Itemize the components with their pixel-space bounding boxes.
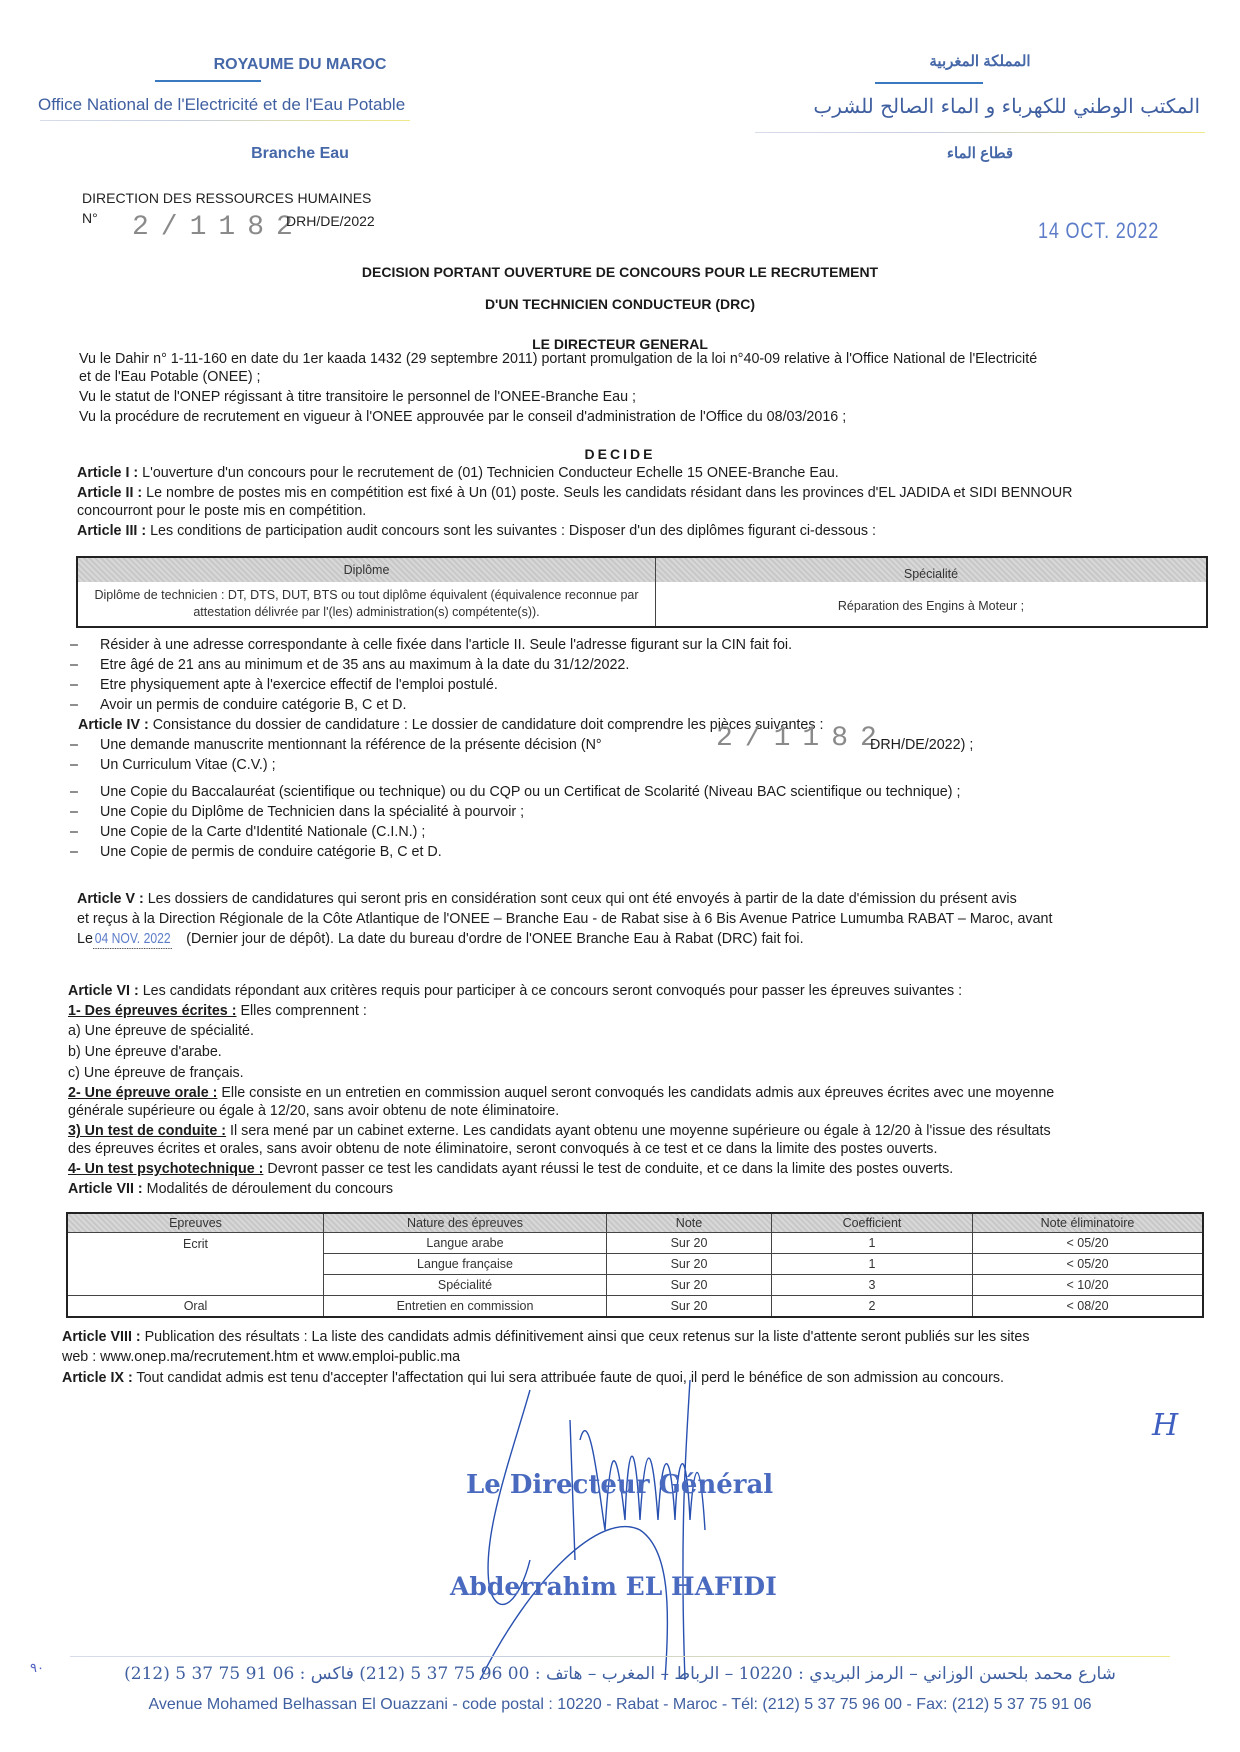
eliminatory-cell: < 05/20 (973, 1254, 1204, 1275)
article-text: Les conditions de participation audit co… (146, 523, 876, 539)
column-header: Spécialité (656, 557, 1208, 582)
article-2-cont: concourront pour le poste mis en compéti… (77, 502, 1227, 520)
header-branch-ar: قطاع الماء (880, 144, 1080, 162)
article-text: (Dernier jour de dépôt). La date du bure… (186, 931, 803, 947)
list-item: –Un Curriculum Vitae (C.V.) ; (70, 756, 1220, 774)
list-item-text: Une Copie du Diplôme de Technicien dans … (100, 804, 524, 820)
article-label: Article VIII : (62, 1329, 141, 1345)
article-label: Article I : (77, 465, 138, 481)
header-country-fr: ROYAUME DU MAROC (150, 56, 450, 74)
article-text: et reçus à la Direction Régionale de la … (77, 910, 1227, 928)
article-3: Article III : Les conditions de particip… (77, 522, 1227, 540)
coefficient-cell: 2 (772, 1296, 973, 1318)
list-item: b) Une épreuve d'arabe. (68, 1043, 1218, 1061)
list-item: –Etre physiquement apte à l'exercice eff… (70, 676, 1220, 694)
article-2: Article II : Le nombre de postes mis en … (77, 484, 1227, 502)
article-text: Les dossiers de candidatures qui seront … (144, 891, 1017, 907)
date-stamp: 14 OCT. 2022 (1038, 218, 1159, 244)
column-header: Epreuves (67, 1213, 324, 1233)
note-cell: Sur 20 (607, 1233, 772, 1254)
column-header: Note éliminatoire (973, 1213, 1204, 1233)
footer-address-fr: Avenue Mohamed Belhassan El Ouazzani - c… (60, 1696, 1180, 1714)
list-item-text: Etre âgé de 21 ans au minimum et de 35 a… (100, 657, 629, 673)
header-country-ar: المملكة المغربية (880, 52, 1080, 70)
header-office-fr: Office National de l'Electricité et de l… (38, 95, 458, 115)
list-item: –Etre âgé de 21 ans au minimum et de 35 … (70, 656, 1220, 674)
footer-address-ar: شارع محمد بلحسن الوزاني – الرمز البريدي … (90, 1664, 1150, 1684)
article-5: Article V : Les dossiers de candidatures… (77, 890, 1227, 949)
list-item: –Une Copie de la Carte d'Identité Nation… (70, 823, 1220, 841)
list-item-text: Un Curriculum Vitae (C.V.) ; (100, 757, 276, 773)
article-label: Article IV : (78, 717, 149, 733)
article-label: Article IX : (62, 1370, 133, 1386)
header-office-ar: المكتب الوطني للكهرباء و الماء الصالح لل… (740, 94, 1200, 118)
initials-mark: H (1152, 1408, 1178, 1443)
articles-8-9: Article VIII : Publication des résultats… (62, 1328, 1222, 1387)
article-label: Article II : (77, 485, 142, 501)
section-label: 2- Une épreuve orale : (68, 1085, 217, 1101)
coefficient-cell: 3 (772, 1275, 973, 1296)
nature-cell: Langue française (324, 1254, 607, 1275)
header-rule-fr (155, 80, 261, 82)
list-item-text: Une Copie du Baccalauréat (scientifique … (100, 784, 960, 800)
table-row: Ecrit Langue arabe Sur 20 1 < 05/20 (67, 1233, 1203, 1254)
table-row: Diplôme de technicien : DT, DTS, DUT, BT… (77, 582, 1207, 627)
signatory-name: Abderrahim EL HAFIDI (450, 1572, 777, 1601)
list-item: a) Une épreuve de spécialité. (68, 1022, 1218, 1040)
decide-heading: DECIDE (0, 446, 1240, 462)
eliminatory-cell: < 10/20 (973, 1275, 1204, 1296)
article-label: Article V : (77, 891, 144, 907)
specialty-cell: Réparation des Engins à Moteur ; (656, 582, 1208, 627)
column-header: Nature des épreuves (324, 1213, 607, 1233)
epreuve-cell: Ecrit (67, 1233, 324, 1296)
article-text: Modalités de déroulement du concours (143, 1181, 393, 1197)
article-text: des épreuves écrites et orales, sans avo… (68, 1140, 1218, 1158)
reference-suffix: DRH/DE/2022) ; (870, 736, 973, 754)
diploma-cell: Diplôme de technicien : DT, DTS, DUT, BT… (77, 582, 656, 627)
list-item: –Une Copie de permis de conduire catégor… (70, 843, 1220, 861)
header-branch-fr: Branche Eau (150, 145, 450, 163)
list-item-text: Une Copie de permis de conduire catégori… (100, 844, 442, 860)
reference-number-label: N° (82, 210, 98, 226)
article-text: Le (77, 931, 93, 947)
preamble-line: Vu le statut de l'ONEP régissant à titre… (79, 388, 1229, 406)
article-text: L'ouverture d'un concours pour le recrut… (138, 465, 839, 481)
eliminatory-cell: < 08/20 (973, 1296, 1204, 1318)
list-item: –Une Copie du Baccalauréat (scientifique… (70, 783, 1220, 801)
margin-mark: ٩٠ (30, 1660, 44, 1676)
article-label: Article VI : (68, 983, 139, 999)
articles-1-3: Article I : L'ouverture d'un concours po… (77, 464, 1227, 540)
preamble: Vu le Dahir n° 1-11-160 en date du 1er k… (79, 350, 1229, 426)
article-text: Devront passer ce test les candidats aya… (263, 1161, 953, 1177)
header-rule-ar (875, 82, 983, 84)
header-divider-fr (40, 120, 410, 121)
preamble-line: et de l'Eau Potable (ONEE) ; (79, 368, 1229, 386)
list-item: –Une Copie du Diplôme de Technicien dans… (70, 803, 1220, 821)
article-label: Article VII : (68, 1181, 143, 1197)
nature-cell: Spécialité (324, 1275, 607, 1296)
section-label: 4- Un test psychotechnique : (68, 1161, 263, 1177)
article-text: Il sera mené par un cabinet externe. Les… (226, 1123, 1051, 1139)
article-text: Les candidats répondant aux critères req… (139, 983, 962, 999)
nature-cell: Langue arabe (324, 1233, 607, 1254)
footer-divider (70, 1656, 1170, 1657)
note-cell: Sur 20 (607, 1296, 772, 1318)
table-header-row: Epreuves Nature des épreuves Note Coeffi… (67, 1213, 1203, 1233)
epreuve-cell: Oral (67, 1296, 324, 1318)
article-text: Elle consiste en un entretien en commiss… (217, 1085, 1054, 1101)
list-item: –Résider à une adresse correspondante à … (70, 636, 1220, 654)
article-4: Article IV : Consistance du dossier de c… (78, 716, 1220, 734)
article-text: générale supérieure ou égale à 12/20, sa… (68, 1102, 1218, 1120)
article-text: Le nombre de postes mis en compétition e… (142, 485, 1072, 501)
article-label: Article III : (77, 523, 146, 539)
preamble-line: Vu la procédure de recrutement en vigueu… (79, 408, 1229, 426)
list-item: –Avoir un permis de conduire catégorie B… (70, 696, 1220, 714)
list-item: –Une demande manuscrite mentionnant la r… (70, 736, 1220, 754)
list-item: c) Une épreuve de français. (68, 1064, 1218, 1082)
list-item-text: Une demande manuscrite mentionnant la ré… (100, 737, 602, 753)
diploma-table: Diplôme Spécialité Diplôme de technicien… (76, 556, 1208, 628)
article-text: Elles comprennent : (236, 1003, 366, 1019)
direction-label: DIRECTION DES RESSOURCES HUMAINES (82, 190, 371, 206)
list-item-text: Une Copie de la Carte d'Identité Nationa… (100, 824, 425, 840)
note-cell: Sur 20 (607, 1275, 772, 1296)
table-row: Oral Entretien en commission Sur 20 2 < … (67, 1296, 1203, 1318)
note-cell: Sur 20 (607, 1254, 772, 1275)
list-item-text: Avoir un permis de conduire catégorie B,… (100, 697, 406, 713)
article-5-deadline-line: Le04 NOV. 2022(Dernier jour de dépôt). L… (77, 930, 1227, 949)
list-item-text: Résider à une adresse correspondante à c… (100, 637, 792, 653)
preamble-line: Vu le Dahir n° 1-11-160 en date du 1er k… (79, 350, 1229, 368)
article-6: Article VI : Les candidats répondant aux… (68, 982, 1218, 1198)
table-header-row: Diplôme Spécialité (77, 557, 1207, 582)
section-label: 3) Un test de conduite : (68, 1123, 226, 1139)
article-1: Article I : L'ouverture d'un concours po… (77, 464, 1227, 482)
coefficient-cell: 1 (772, 1233, 973, 1254)
reference-suffix: DRH/DE/2022 (286, 213, 375, 229)
column-header: Coefficient (772, 1213, 973, 1233)
header-divider-ar (755, 132, 1205, 133)
article-text: Publication des résultats : La liste des… (141, 1329, 1030, 1345)
signature-scribble (440, 1380, 800, 1680)
conditions-list: –Résider à une adresse correspondante à … (70, 636, 1220, 863)
signatory-title: Le Directeur Général (466, 1470, 773, 1500)
coefficient-cell: 1 (772, 1254, 973, 1275)
deadline-stamp: 04 NOV. 2022 (93, 930, 172, 949)
article-text: web : www.onep.ma/recrutement.htm et www… (62, 1348, 1222, 1366)
column-header: Note (607, 1213, 772, 1233)
eliminatory-cell: < 05/20 (973, 1233, 1204, 1254)
column-header: Diplôme (77, 557, 656, 582)
decision-title-line1: DECISION PORTANT OUVERTURE DE CONCOURS P… (0, 264, 1240, 280)
reference-number-stamp: 2/1182 (132, 212, 305, 243)
nature-cell: Entretien en commission (324, 1296, 607, 1318)
list-item-text: Etre physiquement apte à l'exercice effe… (100, 677, 498, 693)
section-label: 1- Des épreuves écrites : (68, 1003, 236, 1019)
exam-table: Epreuves Nature des épreuves Note Coeffi… (66, 1212, 1204, 1318)
decision-title-line2: D'UN TECHNICIEN CONDUCTEUR (DRC) (0, 296, 1240, 312)
reference-number-stamp: 2/1182 (716, 730, 889, 748)
